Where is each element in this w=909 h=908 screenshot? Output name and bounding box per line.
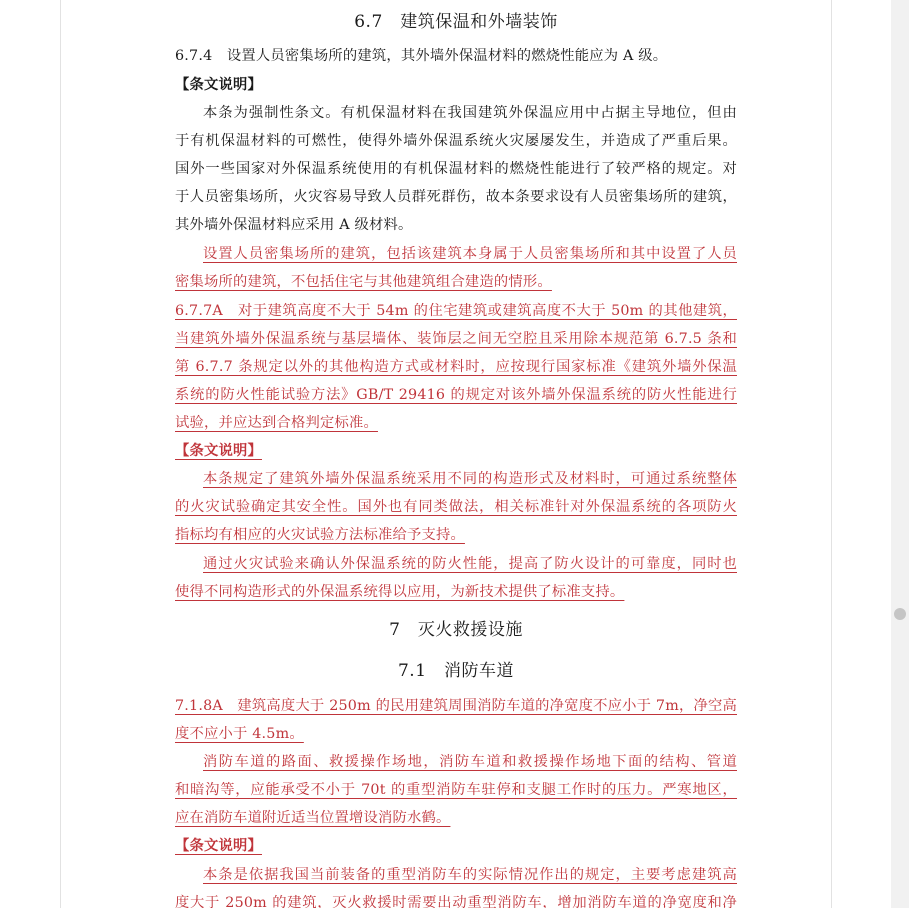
revision-note-line: 密集场所的建筑，不包括住宅与其他建筑组合建造的情形。: [175, 271, 552, 291]
section-title-7-1: 7.1 消防车道: [175, 656, 737, 681]
scrollbar-thumb[interactable]: [894, 608, 906, 620]
explanation-line: 本条为强制性条文。有机保温材料在我国建筑外保温应用中占据主导地位，但由: [203, 102, 737, 122]
clause-6-7-4: 6.7.4 设置人员密集场所的建筑，其外墙外保温材料的燃烧性能应为 A 级。: [175, 45, 667, 65]
explanation2-line: 使得不同构造形式的外保温系统得以应用，为新技术提供了标准支持。: [175, 581, 624, 601]
explanation-7-1-8A-line: 度大于 250m 的建筑，灭火救援时需要出动重型消防车，增加消防车道的净宽度和净: [175, 892, 737, 908]
explanation-label-revision: 【条文说明】: [175, 440, 262, 460]
clause-6-7-7A-line: 试验，并应达到合格判定标准。: [175, 412, 378, 432]
clause-6-7-7A-line: 6.7.7A 对于建筑高度不大于 54m 的住宅建筑或建筑高度不大于 50m 的…: [175, 300, 737, 320]
explanation2-line: 的火灾试验确定其安全性。国外也有同类做法，相关标准针对外保温系统的各项防火: [175, 496, 737, 516]
clause-6-7-7A-line: 当建筑外墙外保温系统与基层墙体、装饰层之间无空腔且采用除本规范第 6.7.5 条…: [175, 328, 737, 348]
clause-6-7-7A-line: 第 6.7.7 条规定以外的其他构造方式或材料时，应按现行国家标准《建筑外墙外保…: [175, 356, 737, 376]
explanation-7-1-8A-line: 本条是依据我国当前装备的重型消防车的实际情况作出的规定，主要考虑建筑高: [203, 864, 737, 884]
clause-6-7-7A-line: 系统的防火性能试验方法》GB/T 29416 的规定对该外墙外保温系统的防火性能…: [175, 384, 737, 404]
explanation-line: 国外一些国家对外保温系统使用的有机保温材料的燃烧性能进行了较严格的规定。对: [175, 158, 737, 178]
revision-note-line: 设置人员密集场所的建筑，包括该建筑本身属于人员密集场所和其中设置了人员: [203, 243, 737, 263]
clause-7-1-8A-line: 度不应小于 4.5m。: [175, 723, 304, 743]
document-viewer: 6.7 建筑保温和外墙装饰 6.7.4 设置人员密集场所的建筑，其外墙外保温材料…: [0, 0, 891, 908]
chapter-title-7: 7 灭火救援设施: [175, 615, 737, 640]
explanation-label: 【条文说明】: [175, 74, 262, 94]
explanation-line: 于有机保温材料的可燃性，使得外墙外保温系统火灾屡屡发生，并造成了严重后果。: [175, 130, 737, 150]
clause-7-1-8A-para2-line: 消防车道的路面、救援操作场地，消防车道和救援操作场地下面的结构、管道: [203, 751, 737, 771]
clause-7-1-8A-line: 7.1.8A 建筑高度大于 250m 的民用建筑周围消防车道的净宽度不应小于 7…: [175, 695, 737, 715]
vertical-scrollbar[interactable]: [891, 0, 909, 908]
explanation2-line: 通过火灾试验来确认外保温系统的防火性能，提高了防火设计的可靠度，同时也: [203, 553, 737, 573]
explanation-line: 其外墙外保温材料应采用 A 级材料。: [175, 214, 412, 234]
clause-7-1-8A-para2-line: 应在消防车道附近适当位置增设消防水鹤。: [175, 807, 450, 827]
explanation-label-7-1-8A: 【条文说明】: [175, 835, 262, 855]
document-page: 6.7 建筑保温和外墙装饰 6.7.4 设置人员密集场所的建筑，其外墙外保温材料…: [60, 0, 832, 908]
section-title-6-7: 6.7 建筑保温和外墙装饰: [175, 7, 737, 32]
explanation2-line: 指标均有相应的火灾试验方法标准给予支持。: [175, 524, 465, 544]
explanation-line: 于人员密集场所，火灾容易导致人员群死群伤，故本条要求设有人员密集场所的建筑，: [175, 186, 737, 206]
explanation2-line: 本条规定了建筑外墙外保温系统采用不同的构造形式及材料时，可通过系统整体: [203, 468, 737, 488]
clause-7-1-8A-para2-line: 和暗沟等，应能承受不小于 70t 的重型消防车驻停和支腿工作时的压力。严寒地区，: [175, 779, 737, 799]
